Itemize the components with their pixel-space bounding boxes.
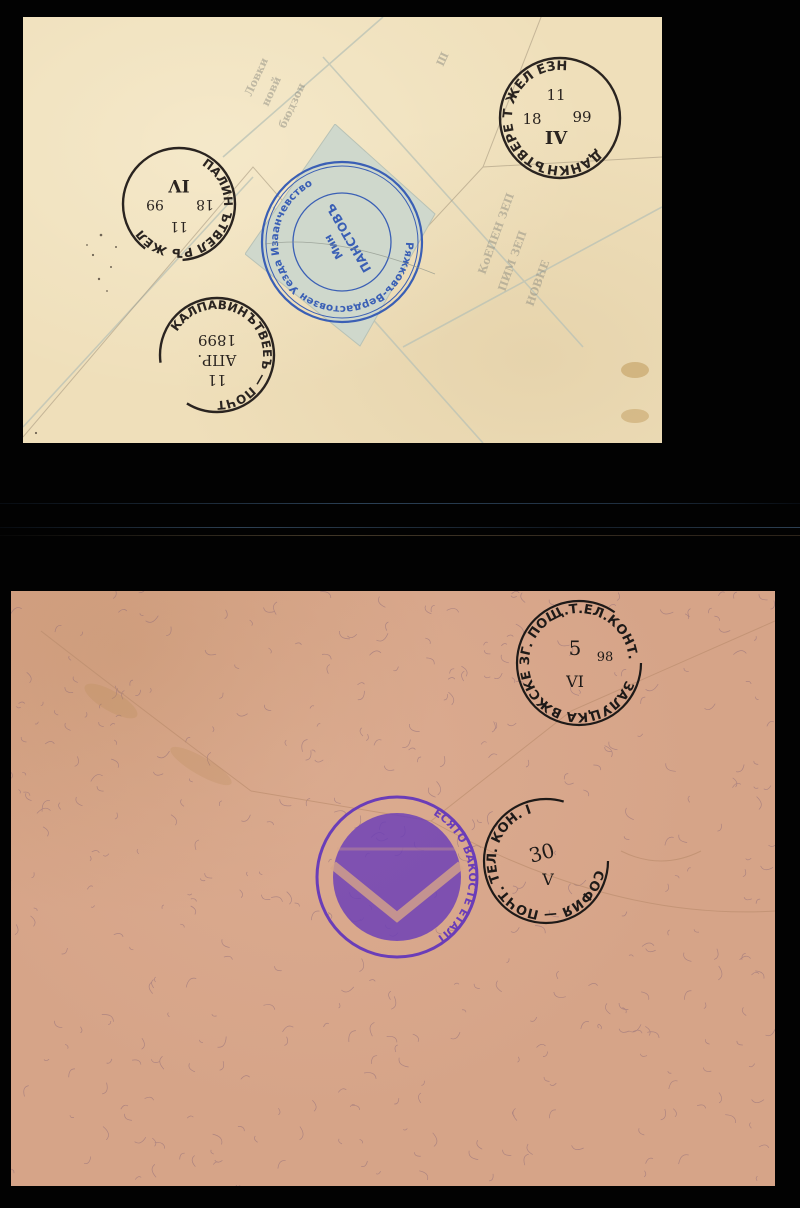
postmark-month: V — [541, 870, 554, 889]
postmark-month: IV — [168, 175, 190, 195]
postmark-day: 11 — [546, 86, 565, 104]
postmark-year: 1899 — [198, 331, 236, 349]
postmark-year-left: 18 — [196, 196, 214, 212]
album-stripe-1 — [0, 503, 800, 504]
postmark-month: IV — [545, 128, 568, 149]
svg-text:ЗАЛУЦКА ВЖСКЕ ЗГ. ПОЩ.Т.ЕЛ.КОН: ЗАЛУЦКА ВЖСКЕ ЗГ. ПОЩ.Т.ЕЛ.КОНТ. — [518, 602, 640, 724]
postmark-ring-text: ЗАЛУЦКА ВЖСКЕ ЗГ. ПОЩ.Т.ЕЛ.КОНТ. — [518, 602, 640, 724]
album-stripe-2 — [0, 527, 800, 528]
postmark-month: АПР. — [197, 351, 236, 369]
postmark-cover2-center-right: СОФИЯ — ПОЧТ. ТЕЛ. КОН. I 30 V — [471, 786, 621, 936]
postmark-year-left: 18 — [522, 110, 541, 128]
postmark-day: 11 — [207, 371, 226, 389]
postmark-day: 30 — [526, 838, 557, 868]
postmark-year-right: 99 — [572, 108, 591, 126]
postmark-cover1-bottom: КАЛПАВИНЪТВЕЕЪ — ПОЧТ 11 АПР. 1899 — [147, 291, 287, 421]
postmark-cover1-top-right: ДАНКНЪТВЕРЕ Т ЖЕЛ ЕЗН 11 18 99 IV — [490, 52, 630, 192]
postmark-month: VI — [565, 672, 584, 691]
postmark-cover1-left: ПАЛИН ЪТВЕЛ РЪ ЖЕЛ 11 18 99 IV — [111, 132, 251, 272]
printed-form-text: НОВНЕ — [524, 258, 553, 308]
album-stripe-3 — [0, 535, 800, 536]
envelope-cover-2: ЗАЛУЦКА ВЖСКЕ ЗГ. ПОЩ.Т.ЕЛ.КОНТ. 5 98 VI… — [11, 591, 775, 1186]
postmark-cover2-top-right: ЗАЛУЦКА ВЖСКЕ ЗГ. ПОЩ.Т.ЕЛ.КОНТ. 5 98 VI — [504, 595, 654, 735]
envelope-cover-1: Ловки новй бюдзон Ш КоЕПЕН ЗЕП ПИМ ЗЕП Н… — [23, 17, 662, 443]
postmark-day: 11 — [170, 218, 188, 234]
violet-seal: ЕСЯТО ВАКОСТЕ ЕТАЛТ — [313, 793, 483, 963]
postmark-year-right: 98 — [597, 650, 614, 665]
printed-form-text: Ш — [434, 50, 452, 68]
postmark-year-right: 99 — [146, 196, 164, 212]
printed-form-text: новй — [259, 74, 284, 108]
postmark-day: 5 — [569, 636, 582, 660]
